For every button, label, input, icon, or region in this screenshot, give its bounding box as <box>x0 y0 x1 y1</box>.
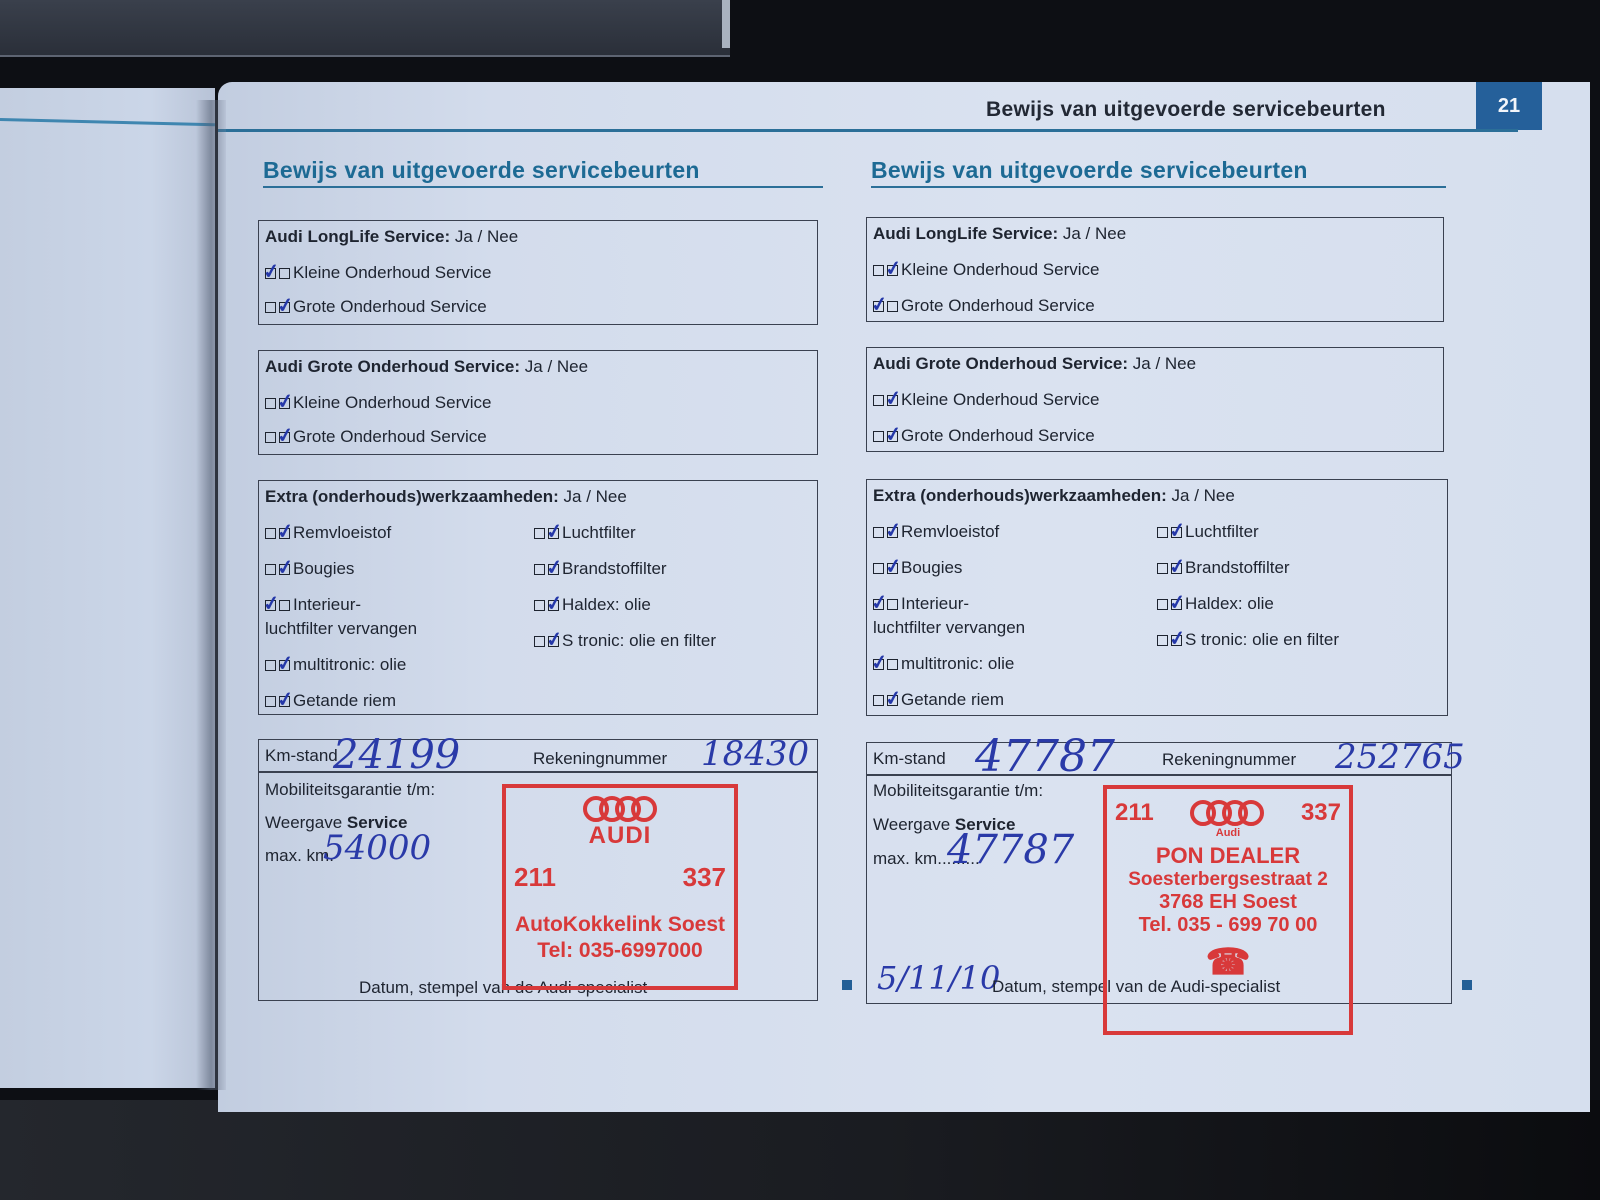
ja-checkbox[interactable] <box>265 660 276 671</box>
max-km-value[interactable]: 47787 <box>947 827 1074 873</box>
section-title-rule <box>263 186 823 188</box>
nee-checkbox[interactable] <box>887 659 898 670</box>
ja-checkbox[interactable] <box>265 398 276 409</box>
section-title: Bewijs van uitgevoerde servicebeurten <box>871 157 1308 184</box>
stamp-codes: 211337 <box>506 862 734 893</box>
checkbox-label: Interieur- <box>901 594 969 614</box>
checkbox-label: Haldex: olie <box>1185 594 1274 614</box>
checkbox-row[interactable]: Brandstoffilter <box>534 559 667 579</box>
ja-checkbox[interactable] <box>1157 599 1168 610</box>
max-km-value[interactable]: 54000 <box>323 828 431 868</box>
rekeningnummer-value[interactable]: 252765 <box>1335 737 1465 777</box>
checkbox-row[interactable]: multitronic: olie <box>873 654 1014 674</box>
nee-checkbox[interactable] <box>887 527 898 538</box>
nee-checkbox[interactable] <box>1171 599 1182 610</box>
checkbox-label: Haldex: olie <box>562 595 651 615</box>
checkbox-label: Kleine Onderhoud Service <box>901 390 1099 410</box>
extra-work-heading: Extra (onderhouds)werkzaamheden: Ja / Ne… <box>265 487 627 507</box>
mobiliteitsgarantie-label: Mobiliteitsgarantie t/m: <box>265 780 435 800</box>
checkbox-row[interactable]: Bougies <box>873 558 962 578</box>
ja-checkbox[interactable] <box>265 600 276 611</box>
section-title: Bewijs van uitgevoerde servicebeurten <box>263 157 700 184</box>
ja-checkbox[interactable] <box>534 636 545 647</box>
stamp-city: 3768 EH Soest <box>1107 891 1349 914</box>
checkbox-row[interactable]: Haldex: olie <box>534 595 651 615</box>
nee-checkbox[interactable] <box>887 301 898 312</box>
checkbox-row[interactable]: Haldex: olie <box>1157 594 1274 614</box>
nee-checkbox[interactable] <box>887 431 898 442</box>
ja-checkbox[interactable] <box>265 268 276 279</box>
nee-checkbox[interactable] <box>279 268 290 279</box>
nee-checkbox[interactable] <box>887 563 898 574</box>
checkbox-label: Getande riem <box>901 690 1004 710</box>
checkbox-row[interactable]: multitronic: olie <box>265 655 406 675</box>
checkbox-row[interactable]: Interieur- <box>265 595 361 615</box>
nee-checkbox[interactable] <box>887 695 898 706</box>
ja-checkbox[interactable] <box>873 265 884 276</box>
checkbox-row[interactable]: Kleine Onderhoud Service <box>873 260 1099 280</box>
nee-checkbox[interactable] <box>887 395 898 406</box>
checkbox-label: S tronic: olie en filter <box>1185 630 1339 650</box>
header-rule <box>0 118 215 126</box>
checkbox-label: Grote Onderhoud Service <box>901 426 1095 446</box>
grote-onderhoud-box: Audi Grote Onderhoud Service: Ja / Nee K… <box>866 347 1444 452</box>
longlife-box: Audi LongLife Service: Ja / Nee Kleine O… <box>258 220 818 325</box>
dealer-stamp: AUDI 211337 AutoKokkelink Soest Tel: 035… <box>502 784 738 990</box>
stamp-brand: AUDI <box>506 822 734 850</box>
km-stamp-box: Km-stand 47787 Rekeningnummer 252765 Mob… <box>866 742 1452 1004</box>
nee-checkbox[interactable] <box>1171 563 1182 574</box>
nee-checkbox[interactable] <box>1171 527 1182 538</box>
nee-checkbox[interactable] <box>279 398 290 409</box>
checkbox-row[interactable]: S tronic: olie en filter <box>534 631 716 651</box>
checkbox-row[interactable]: Luchtfilter <box>1157 522 1259 542</box>
checkbox-row[interactable]: Grote Onderhoud Service <box>265 427 487 447</box>
ja-checkbox[interactable] <box>1157 635 1168 646</box>
stamp-brand: Audi <box>1107 827 1349 839</box>
row-divider <box>867 774 1451 776</box>
checkbox-label: Bougies <box>901 558 962 578</box>
checkbox-label: Luchtfilter <box>1185 522 1259 542</box>
checkbox-row[interactable]: Getande riem <box>873 690 1004 710</box>
nee-checkbox[interactable] <box>887 599 898 610</box>
ja-checkbox[interactable] <box>265 302 276 313</box>
page-number: 21 <box>1476 82 1542 130</box>
longlife-box: Audi LongLife Service: Ja / Nee Kleine O… <box>866 217 1444 322</box>
nee-checkbox[interactable] <box>548 636 559 647</box>
nee-checkbox[interactable] <box>1171 635 1182 646</box>
checkbox-row[interactable]: Interieur- <box>873 594 969 614</box>
checkbox-label-continued: luchtfilter vervangen <box>873 618 1025 638</box>
checkbox-row[interactable]: Grote Onderhoud Service <box>873 296 1095 316</box>
stamp-phone: Tel: 035-6997000 <box>506 939 734 963</box>
section-end-marker <box>1462 980 1472 990</box>
nee-checkbox[interactable] <box>279 600 290 611</box>
nee-checkbox[interactable] <box>548 528 559 539</box>
ja-checkbox[interactable] <box>873 395 884 406</box>
ja-checkbox[interactable] <box>1157 527 1168 538</box>
nee-checkbox[interactable] <box>279 528 290 539</box>
ja-checkbox[interactable] <box>873 301 884 312</box>
checkbox-label: multitronic: olie <box>901 654 1014 674</box>
checkbox-label: Remvloeistof <box>293 523 391 543</box>
checkbox-row[interactable]: Grote Onderhoud Service <box>265 297 487 317</box>
dealer-stamp: 211 337 Audi PON DEALER Soesterbergsestr… <box>1103 785 1353 1035</box>
checkbox-label: Remvloeistof <box>901 522 999 542</box>
nee-checkbox[interactable] <box>279 660 290 671</box>
service-date[interactable]: 5/11/10 <box>877 959 1000 997</box>
ja-checkbox[interactable] <box>265 564 276 575</box>
grote-onderhoud-heading: Audi Grote Onderhoud Service: Ja / Nee <box>873 354 1196 374</box>
stamp-dealer: PON DEALER <box>1107 843 1349 869</box>
checkbox-label: Brandstoffilter <box>1185 558 1290 578</box>
audi-rings-icon <box>506 796 734 822</box>
nee-checkbox[interactable] <box>279 432 290 443</box>
checkbox-row[interactable]: S tronic: olie en filter <box>1157 630 1339 650</box>
ja-checkbox[interactable] <box>265 696 276 707</box>
book-gutter <box>196 100 226 1090</box>
checkbox-label: Luchtfilter <box>562 523 636 543</box>
stamp-phone: Tel. 035 - 699 70 00 <box>1107 914 1349 937</box>
checkbox-label: Kleine Onderhoud Service <box>293 263 491 283</box>
checkbox-label: Interieur- <box>293 595 361 615</box>
checkbox-label: Grote Onderhoud Service <box>293 297 487 317</box>
grote-onderhoud-box: Audi Grote Onderhoud Service: Ja / Nee K… <box>258 350 818 455</box>
ja-checkbox[interactable] <box>873 695 884 706</box>
running-title: Bewijs van uitgevoerde servicebeurten <box>986 98 1386 122</box>
checkbox-row[interactable]: Getande riem <box>265 691 396 711</box>
header-rule <box>218 129 1518 132</box>
ja-checkbox[interactable] <box>534 564 545 575</box>
service-record-page: Bewijs van uitgevoerde servicebeurten 21… <box>218 82 1590 1112</box>
section-title-rule <box>871 186 1446 188</box>
table-surface <box>0 1100 1600 1200</box>
rekeningnummer-label: Rekeningnummer <box>533 749 667 769</box>
checkbox-row[interactable]: Brandstoffilter <box>1157 558 1290 578</box>
ja-checkbox[interactable] <box>265 432 276 443</box>
phone-logo-icon: ☎ <box>1107 941 1349 983</box>
nee-checkbox[interactable] <box>887 265 898 276</box>
checkbox-row[interactable]: Remvloeistof <box>265 523 391 543</box>
ja-checkbox[interactable] <box>265 528 276 539</box>
nee-checkbox[interactable] <box>548 600 559 611</box>
rekeningnummer-value[interactable]: 18430 <box>701 734 809 774</box>
ja-checkbox[interactable] <box>534 600 545 611</box>
ja-checkbox[interactable] <box>873 527 884 538</box>
mobiliteitsgarantie-label: Mobiliteitsgarantie t/m: <box>873 781 1043 801</box>
checkbox-label: Getande riem <box>293 691 396 711</box>
extra-work-heading: Extra (onderhouds)werkzaamheden: Ja / Ne… <box>873 486 1235 506</box>
ja-checkbox[interactable] <box>873 431 884 442</box>
checkbox-label: multitronic: olie <box>293 655 406 675</box>
ja-checkbox[interactable] <box>1157 563 1168 574</box>
checkbox-label: Bougies <box>293 559 354 579</box>
audi-rings-icon <box>1190 800 1264 826</box>
checkbox-row[interactable]: Remvloeistof <box>873 522 999 542</box>
section-end-marker <box>842 980 852 990</box>
rekeningnummer-label: Rekeningnummer <box>1162 750 1296 770</box>
checkbox-row[interactable]: Luchtfilter <box>534 523 636 543</box>
km-stand-label: Km-stand <box>265 746 338 766</box>
checkbox-row[interactable]: Grote Onderhoud Service <box>873 426 1095 446</box>
checkbox-label: Brandstoffilter <box>562 559 667 579</box>
longlife-heading: Audi LongLife Service: Ja / Nee <box>265 227 518 247</box>
checkbox-row[interactable]: Bougies <box>265 559 354 579</box>
checkbox-label: Grote Onderhoud Service <box>901 296 1095 316</box>
checkbox-row[interactable]: Kleine Onderhoud Service <box>873 390 1099 410</box>
ja-checkbox[interactable] <box>534 528 545 539</box>
nee-checkbox[interactable] <box>548 564 559 575</box>
row-divider <box>259 771 817 773</box>
ja-checkbox[interactable] <box>873 563 884 574</box>
ja-checkbox[interactable] <box>873 659 884 670</box>
booklet-cover-edge <box>0 0 730 57</box>
stamp-dealer: AutoKokkelink Soest <box>506 913 734 937</box>
checkbox-label-continued: luchtfilter vervangen <box>265 619 417 639</box>
longlife-heading: Audi LongLife Service: Ja / Nee <box>873 224 1126 244</box>
checkbox-row[interactable]: Kleine Onderhoud Service <box>265 393 491 413</box>
checkbox-label: Grote Onderhoud Service <box>293 427 487 447</box>
checkbox-label: Kleine Onderhoud Service <box>293 393 491 413</box>
extra-work-box: Extra (onderhouds)werkzaamheden: Ja / Ne… <box>258 480 818 715</box>
left-page-blank <box>0 88 215 1088</box>
ja-checkbox[interactable] <box>873 599 884 610</box>
extra-work-box: Extra (onderhouds)werkzaamheden: Ja / Ne… <box>866 479 1448 716</box>
km-stamp-box: Km-stand 24199 Rekeningnummer 18430 Mobi… <box>258 739 818 1001</box>
checkbox-label: Kleine Onderhoud Service <box>901 260 1099 280</box>
nee-checkbox[interactable] <box>279 696 290 707</box>
checkbox-row[interactable]: Kleine Onderhoud Service <box>265 263 491 283</box>
stamp-header: 211 337 <box>1107 789 1349 827</box>
checkbox-label: S tronic: olie en filter <box>562 631 716 651</box>
grote-onderhoud-heading: Audi Grote Onderhoud Service: Ja / Nee <box>265 357 588 377</box>
stamp-address: Soesterbergsestraat 2 <box>1107 869 1349 891</box>
nee-checkbox[interactable] <box>279 564 290 575</box>
km-stand-label: Km-stand <box>873 749 946 769</box>
nee-checkbox[interactable] <box>279 302 290 313</box>
